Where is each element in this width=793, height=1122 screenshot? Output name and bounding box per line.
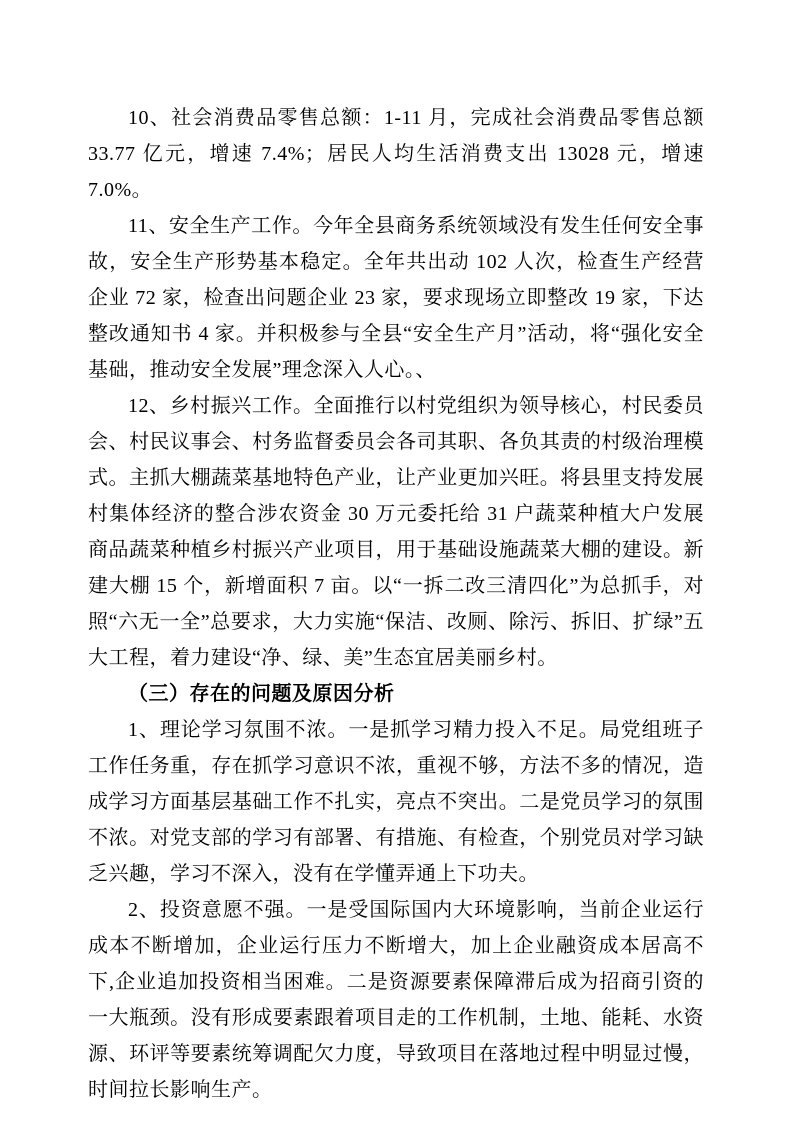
paragraph-safety-production-work: 11、安全生产工作。今年全县商务系统领域没有发生任何安全事故，安全生产形势基本稳… (88, 208, 704, 388)
paragraph-rural-revitalization-work: 12、乡村振兴工作。全面推行以村党组织为领导核心，村民委员会、村民议事会、村务监… (88, 388, 704, 676)
section-heading-problems-and-cause-analysis: （三）存在的问题及原因分析 (88, 676, 704, 712)
paragraph-problem-investment-willingness: 2、投资意愿不强。一是受国际国内大环境影响，当前企业运行成本不断增加，企业运行压… (88, 892, 704, 1108)
paragraph-problem-theory-learning: 1、理论学习氛围不浓。一是抓学习精力投入不足。局党组班子工作任务重，存在抓学习意… (88, 712, 704, 892)
paragraph-retail-sales-total: 10、社会消费品零售总额：1-11 月，完成社会消费品零售总额 33.77 亿元… (88, 100, 704, 208)
document-page: 10、社会消费品零售总额：1-11 月，完成社会消费品零售总额 33.77 亿元… (0, 0, 793, 1122)
